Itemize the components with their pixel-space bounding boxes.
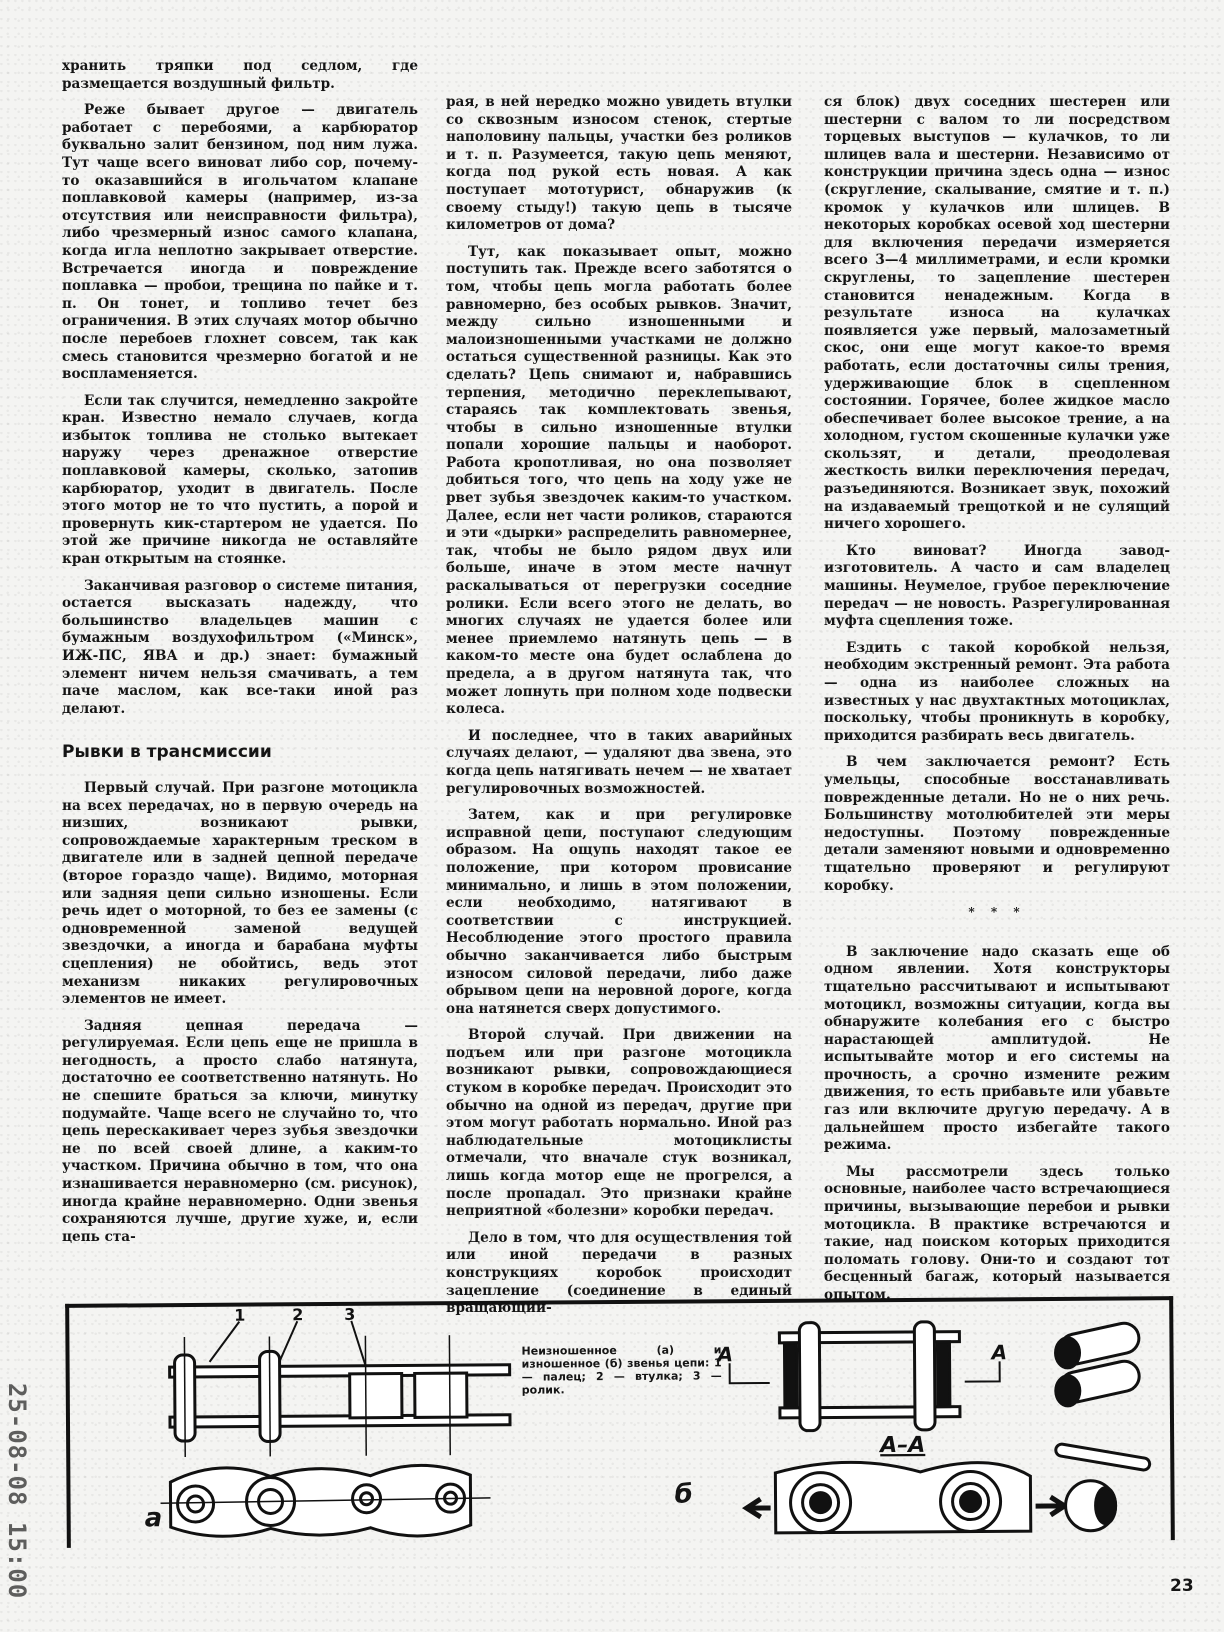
paragraph: рая, в ней нередко можно увидеть втулки … xyxy=(446,94,792,235)
paragraph: В чем заключается ремонт? Есть умельцы, … xyxy=(824,754,1170,895)
paragraph: Затем, как и при регулировке исправной ц… xyxy=(446,807,792,1018)
paragraph: И последнее, что в таких аварийных случа… xyxy=(446,728,792,798)
text-column-2: рая, в ней нередко можно увидеть втулки … xyxy=(446,94,792,1327)
section-heading: Рывки в трансмиссии xyxy=(62,744,418,762)
svg-text:А: А xyxy=(989,1340,1007,1364)
figure-label-b: б xyxy=(674,1479,692,1509)
paragraph: Тут, как показывает опыт, можно поступит… xyxy=(446,244,792,719)
svg-text:А–А: А–А xyxy=(878,1433,925,1458)
text-column-3: ся блок) двух соседних шестерен или шест… xyxy=(824,94,1170,1314)
page-number: 23 xyxy=(1170,1576,1194,1596)
date-stamp: 25-08-08 15:00 xyxy=(2,1356,32,1626)
paragraph: Реже бывает другое — двигатель работает … xyxy=(62,102,418,384)
text-column-1: хранить тряпки под седлом, где размещает… xyxy=(62,58,418,1255)
svg-text:3: 3 xyxy=(344,1305,355,1324)
date-stamp-text: 25-08-08 15:00 xyxy=(3,1383,31,1599)
chain-diagram-icon: 1 2 3 А А А–А xyxy=(69,1300,1171,1548)
svg-text:1: 1 xyxy=(234,1306,245,1325)
paragraph: ся блок) двух соседних шестерен или шест… xyxy=(824,94,1170,534)
figure-label-a: а xyxy=(145,1503,163,1533)
chain-link-figure: 1 2 3 А А А–А Неизношенное (а) и изношен… xyxy=(65,1296,1175,1548)
paragraph: Кто виноват? Иногда завод-изготовитель. … xyxy=(824,543,1170,631)
paragraph: Ездить с такой коробкой нельзя, необходи… xyxy=(824,640,1170,746)
paragraph: Первый случай. При разгоне мотоцикла на … xyxy=(62,780,418,1009)
figure-caption: Неизношенное (а) и изношенное (б) звенья… xyxy=(521,1343,721,1396)
section-separator: * * * xyxy=(824,904,1170,922)
paragraph: Если так случится, немедленно закройте к… xyxy=(62,393,418,569)
svg-text:2: 2 xyxy=(292,1305,303,1324)
paragraph: Заканчивая разговор о системе питания, о… xyxy=(62,578,418,719)
paragraph: Второй случай. При движении на подъем ил… xyxy=(446,1027,792,1221)
paragraph: Мы рассмотрели здесь только основные, на… xyxy=(824,1164,1170,1305)
paragraph: хранить тряпки под седлом, где размещает… xyxy=(62,58,418,93)
paragraph: В заключение надо сказать еще об одном я… xyxy=(824,944,1170,1155)
paragraph: Задняя цепная передача — регулируемая. Е… xyxy=(62,1018,418,1247)
